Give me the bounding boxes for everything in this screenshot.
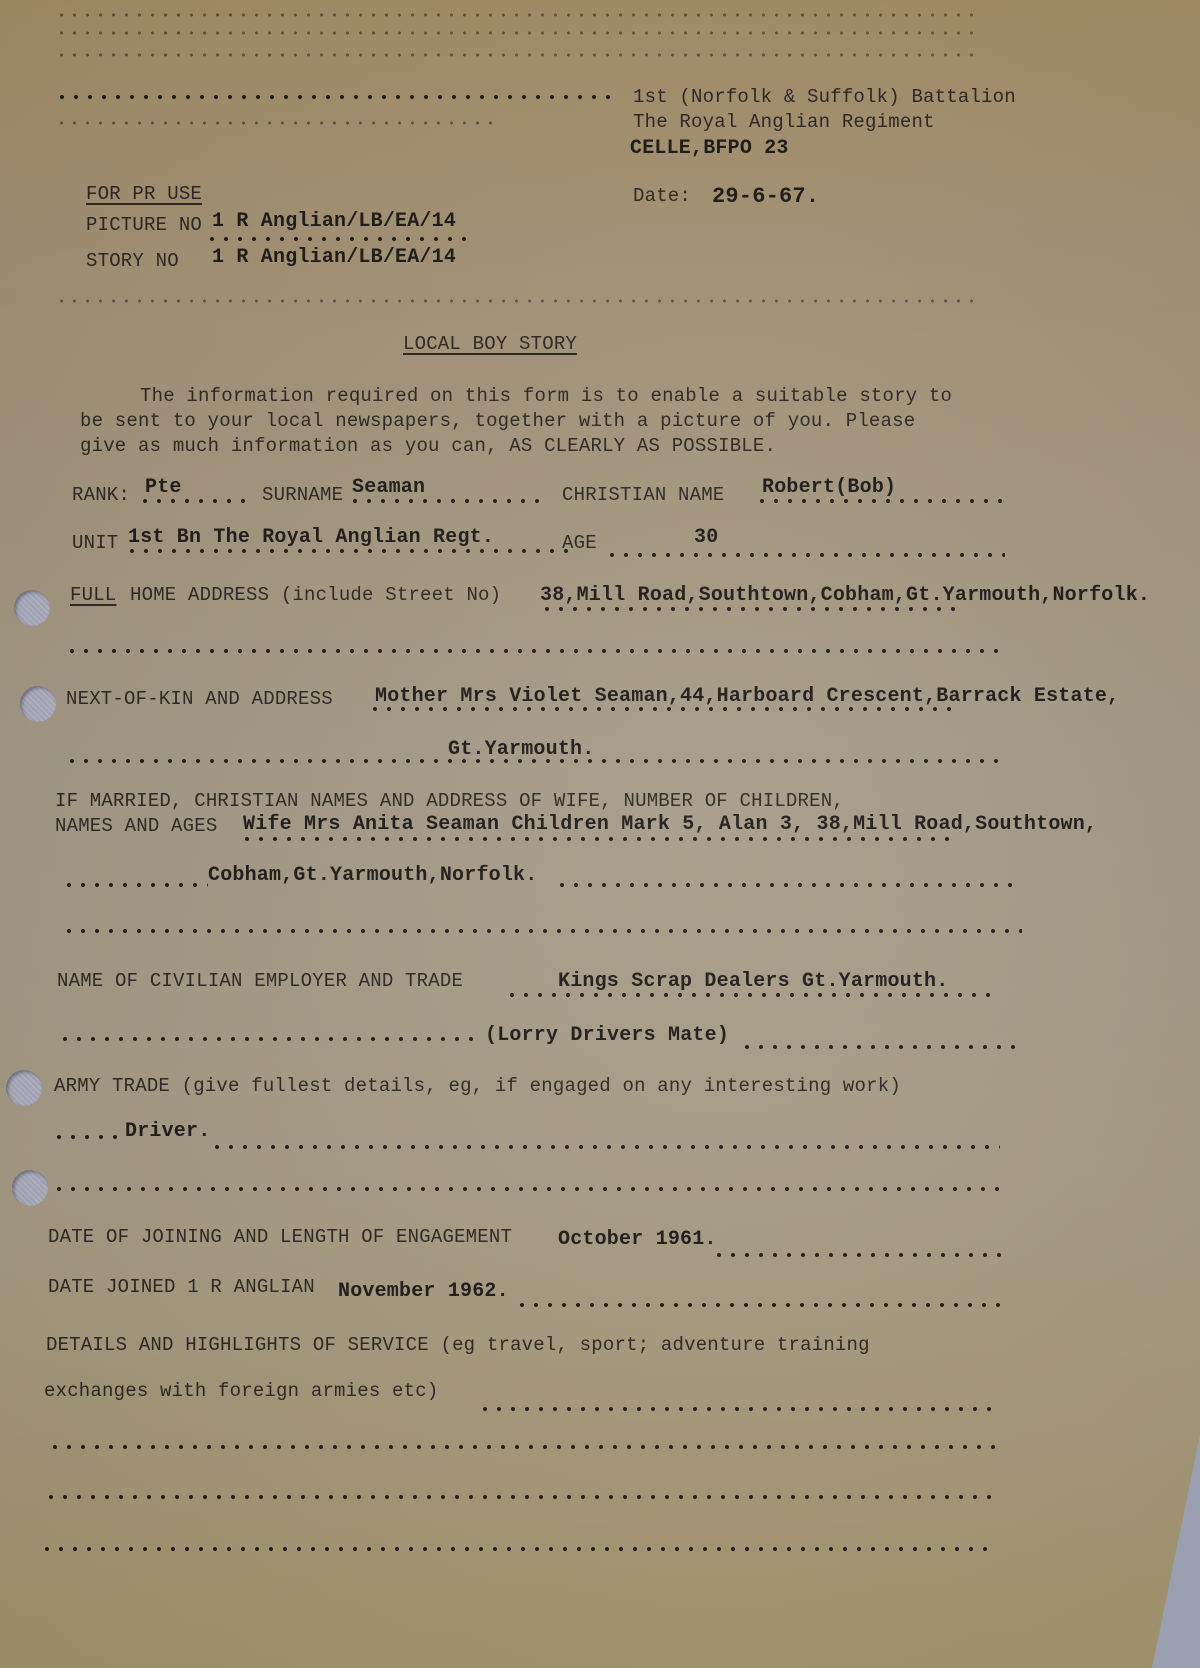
employer-value-line-2: (Lorry Drivers Mate) xyxy=(485,1024,729,1047)
dot-leader xyxy=(65,648,1005,654)
story-no-label: STORY NO xyxy=(86,250,179,272)
employer-label: NAME OF CIVILIAN EMPLOYER AND TRADE xyxy=(57,970,463,992)
unit-line-3: CELLE,BFPO 23 xyxy=(630,137,789,160)
christian-name-label: CHRISTIAN NAME xyxy=(562,484,724,506)
next-of-kin-label: NEXT-OF-KIN AND ADDRESS xyxy=(66,688,333,710)
employer-value-line-1: Kings Scrap Dealers Gt.Yarmouth. xyxy=(558,970,948,993)
dot-leader xyxy=(62,928,1022,934)
dot-leader xyxy=(55,30,975,36)
joined-unit-value: November 1962. xyxy=(338,1280,509,1303)
form-title: LOCAL BOY STORY xyxy=(403,333,577,355)
dot-leader xyxy=(138,498,248,504)
dot-leader xyxy=(40,1546,990,1552)
dot-leader xyxy=(240,836,950,842)
highlights-label-line-1: DETAILS AND HIGHLIGHTS OF SERVICE (eg tr… xyxy=(46,1334,870,1356)
dot-leader xyxy=(605,552,1005,558)
dot-leader xyxy=(540,606,960,612)
date-label: Date: xyxy=(633,185,691,207)
dot-leader xyxy=(348,498,548,504)
dot-leader xyxy=(44,1494,994,1500)
dot-leader xyxy=(55,298,975,304)
punch-hole xyxy=(20,686,56,722)
unit-value: 1st Bn The Royal Anglian Regt. xyxy=(128,526,494,549)
form-page: 1st (Norfolk & Suffolk) Battalion The Ro… xyxy=(0,0,1200,1668)
christian-name-value: Robert(Bob) xyxy=(762,476,896,499)
dot-leader xyxy=(52,1134,124,1140)
home-address-label-underlined: FULL xyxy=(70,584,116,606)
married-label-line-2: NAMES AND AGES xyxy=(55,815,217,837)
joining-label: DATE OF JOINING AND LENGTH OF ENGAGEMENT xyxy=(48,1226,512,1248)
intro-line-1: The information required on this form is… xyxy=(140,385,952,407)
home-address-label: HOME ADDRESS (include Street No) xyxy=(130,584,501,606)
home-address-value: 38,Mill Road,Southtown,Cobham,Gt.Yarmout… xyxy=(540,584,1150,607)
joined-unit-label: DATE JOINED 1 R ANGLIAN xyxy=(48,1276,315,1298)
picture-no-label: PICTURE NO xyxy=(86,214,202,236)
dot-leader xyxy=(205,236,475,242)
age-value: 30 xyxy=(694,526,718,549)
date-value: 29-6-67. xyxy=(712,184,819,209)
rank-label: RANK: xyxy=(72,484,130,506)
unit-label: UNIT xyxy=(72,532,118,554)
married-label-line-1: IF MARRIED, CHRISTIAN NAMES AND ADDRESS … xyxy=(55,790,844,812)
dot-leader xyxy=(58,1036,483,1042)
dot-leader xyxy=(555,882,1015,888)
dot-leader xyxy=(515,1302,1005,1308)
dot-leader xyxy=(712,1252,1002,1258)
highlights-label-line-2: exchanges with foreign armies etc) xyxy=(44,1380,438,1402)
dot-leader xyxy=(55,94,615,100)
married-value-line-2: Cobham,Gt.Yarmouth,Norfolk. xyxy=(208,864,537,887)
married-value-line-1: Wife Mrs Anita Seaman Children Mark 5, A… xyxy=(243,813,1097,836)
picture-no-value: 1 R Anglian/LB/EA/14 xyxy=(212,210,456,233)
army-trade-value: Driver. xyxy=(125,1120,210,1143)
dot-leader xyxy=(65,758,1005,764)
dot-leader xyxy=(368,706,958,712)
dot-leader xyxy=(55,52,975,58)
punch-hole xyxy=(12,1170,48,1206)
unit-line-1: 1st (Norfolk & Suffolk) Battalion xyxy=(633,86,1016,108)
dot-leader xyxy=(478,1406,998,1412)
pr-use-heading: FOR PR USE xyxy=(86,183,202,205)
rank-value: Pte xyxy=(145,476,182,499)
age-label: AGE xyxy=(562,532,597,554)
dot-leader xyxy=(125,548,575,554)
dot-leader xyxy=(55,12,975,18)
army-trade-label: ARMY TRADE (give fullest details, eg, if… xyxy=(54,1075,901,1097)
intro-line-2: be sent to your local newspapers, togeth… xyxy=(80,410,915,432)
dot-leader xyxy=(755,498,1005,504)
surname-value: Seaman xyxy=(352,476,425,499)
punch-hole xyxy=(6,1070,42,1106)
joining-value: October 1961. xyxy=(558,1228,717,1251)
dot-leader xyxy=(52,1186,1002,1192)
next-of-kin-value-line-1: Mother Mrs Violet Seaman,44,Harboard Cre… xyxy=(375,685,1119,708)
surname-label: SURNAME xyxy=(262,484,343,506)
dot-leader xyxy=(210,1144,1000,1150)
intro-line-3: give as much information as you can, AS … xyxy=(80,435,776,457)
dot-leader xyxy=(48,1444,998,1450)
dot-leader xyxy=(740,1044,1025,1050)
dot-leader xyxy=(505,992,1000,998)
dot-leader xyxy=(55,120,495,126)
punch-hole xyxy=(14,590,50,626)
story-no-value: 1 R Anglian/LB/EA/14 xyxy=(212,246,456,269)
dot-leader xyxy=(62,882,208,888)
unit-line-2: The Royal Anglian Regiment xyxy=(633,111,935,133)
